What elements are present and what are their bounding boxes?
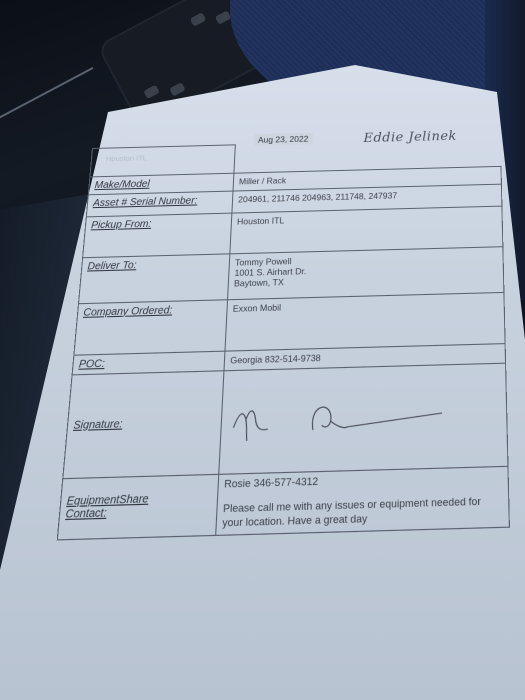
label-deliver-to: Deliver To: xyxy=(79,253,230,303)
window-switch-icon xyxy=(215,10,232,25)
label-signature: Signature: xyxy=(63,370,224,478)
form-date: Aug 23, 2022 xyxy=(254,133,313,146)
label-pickup-from: Pickup From: xyxy=(83,213,232,258)
label-line-2: Contact: xyxy=(65,504,211,521)
table-row: EquipmentShare Contact: Rosie 346-577-43… xyxy=(57,466,509,540)
lock-switch-icon xyxy=(143,85,160,100)
form-table: Houston ITL Make/Model Miller / Rack Ass… xyxy=(57,138,510,540)
label-equipmentshare-contact: EquipmentShare Contact: xyxy=(57,474,218,540)
contact-name-phone: Rosie 346-577-4312 xyxy=(224,470,502,490)
faded-location: Houston ITL xyxy=(92,145,235,163)
header-location-cell: Houston ITL xyxy=(90,145,235,177)
delivery-form: Aug 23, 2022 Eddie Jelinek Houston ITL M… xyxy=(53,138,511,584)
value-company-ordered: Exxon Mobil xyxy=(225,292,505,351)
driver-signature-name: Eddie Jelinek xyxy=(363,129,456,146)
value-pickup-from: Houston ITL xyxy=(230,206,503,254)
value-deliver-to: Tommy Powell 1001 S. Airhart Dr. Baytown… xyxy=(228,246,504,299)
contact-note: Please call me with any issues or equipm… xyxy=(222,494,503,530)
handwritten-signature-icon xyxy=(226,393,453,444)
window-switch-icon xyxy=(190,12,207,27)
unlock-switch-icon xyxy=(169,82,186,97)
table-row: Signature: xyxy=(63,363,508,478)
label-company-ordered: Company Ordered: xyxy=(74,299,228,354)
console-trim xyxy=(0,67,93,125)
signature-field xyxy=(219,363,508,474)
value-contact: Rosie 346-577-4312 Please call me with a… xyxy=(216,466,510,535)
